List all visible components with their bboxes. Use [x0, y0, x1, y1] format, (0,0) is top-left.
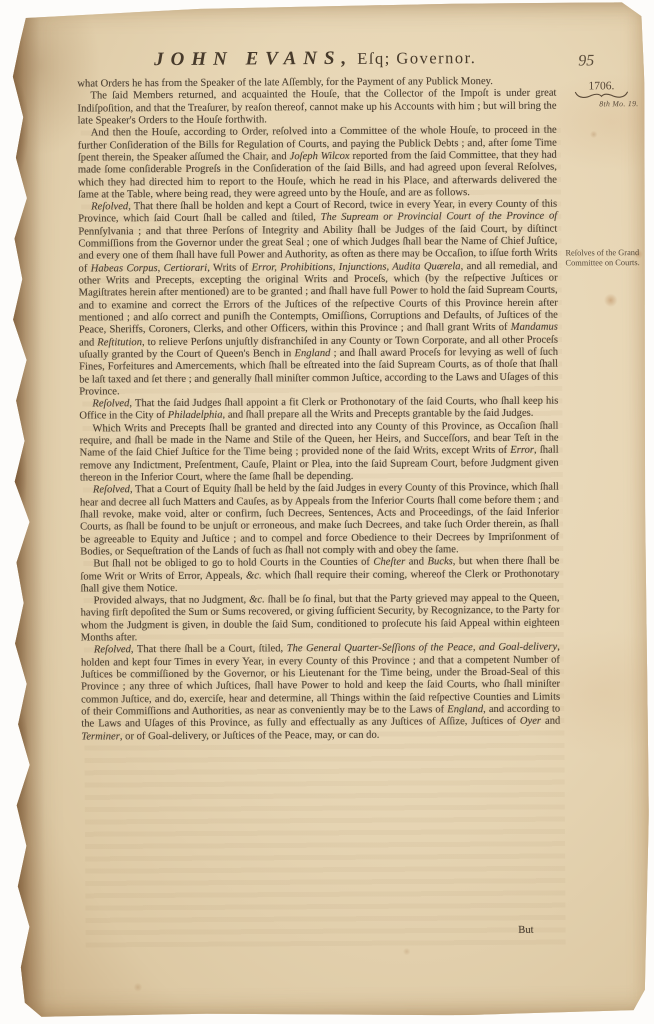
governor-name: JOHN EVANS, — [154, 48, 353, 70]
paragraph: Reſolved, That a Court of Equity ſhall b… — [80, 482, 559, 559]
page-header: JOHN EVANS, Eſq; Governor. — [76, 47, 554, 72]
margin-note-year: 1706. 8th Mo. 19. — [562, 80, 640, 108]
paragraph: Provided always, that no Judgment, &c. ſ… — [81, 593, 560, 645]
margin-note-date: 8th Mo. 19. — [562, 99, 640, 108]
paragraph: But ſhall not be obliged to go to hold C… — [80, 556, 559, 596]
paragraph: The ſaid Members returned, and acquainte… — [77, 88, 556, 128]
paragraph: Reſolved, That there ſhall be holden and… — [78, 199, 558, 399]
margin-column: 1706. 8th Mo. 19. Reſolves of the Grand … — [562, 2, 654, 3]
governor-title: Eſq; Governor. — [357, 48, 476, 68]
margin-year-text: 1706. — [588, 80, 614, 92]
document-page: JOHN EVANS, Eſq; Governor. 95 what Order… — [10, 2, 650, 1018]
catchword-row: But — [83, 924, 562, 939]
paragraph: Which Writs and Precepts ſhall be grante… — [79, 420, 558, 484]
margin-note-resolves: Reſolves of the Grand Committee on Court… — [565, 248, 645, 268]
page-number: 95 — [566, 52, 606, 70]
torn-binding-edge — [10, 6, 46, 1018]
paragraph: Reſolved, That there ſhall be a Court, ſ… — [81, 642, 561, 743]
paragraph: Reſolved, That the ſaid Judges ſhall app… — [79, 396, 558, 424]
paragraph: And then the Houſe, according to Order, … — [78, 125, 557, 202]
body-text: what Orders he has from the Speaker of t… — [77, 76, 560, 744]
catchword: But — [83, 924, 562, 939]
